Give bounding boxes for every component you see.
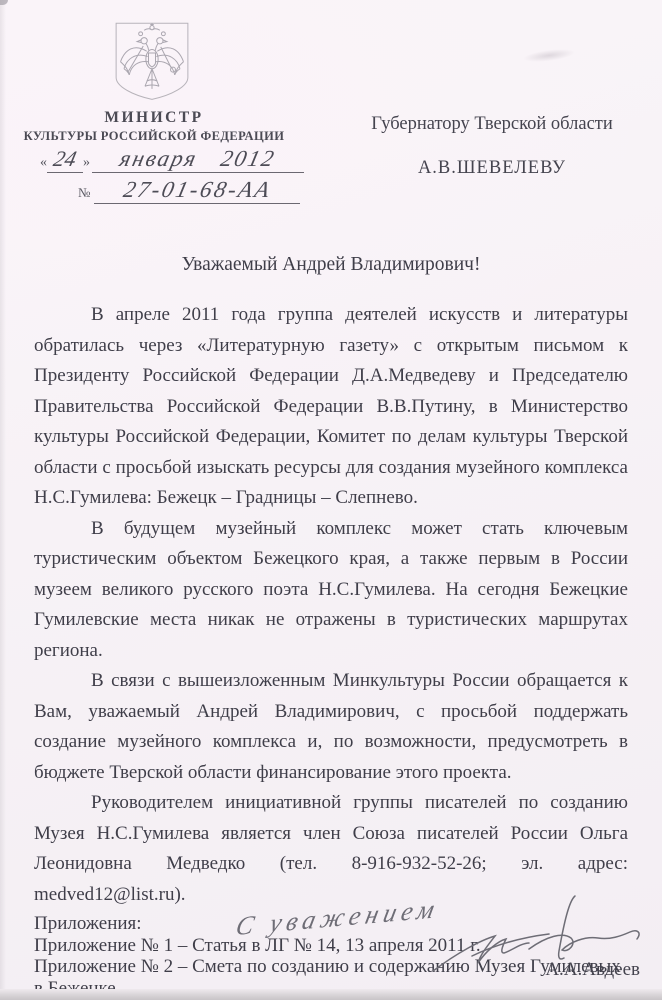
date-line: «24»января 2012 xyxy=(40,146,320,173)
body-paragraph-2: В будущем музейный комплекс может стать … xyxy=(34,514,628,667)
date-open-quote: « xyxy=(40,155,47,170)
addressee-block: Губернатору Тверской области А.В.ШЕВЕЛЕВ… xyxy=(358,114,626,179)
ref-number-label: № xyxy=(78,185,90,200)
scanned-letter: МИНИСТР КУЛЬТУРЫ РОССИЙСКОЙ ФЕДЕРАЦИИ «2… xyxy=(0,0,662,1000)
russian-coat-of-arms-icon xyxy=(108,18,196,102)
scan-smudge xyxy=(523,47,576,64)
scan-left-edge xyxy=(0,0,6,1000)
ministry-title-line1: МИНИСТР xyxy=(4,109,304,127)
handwritten-date-day: 24 xyxy=(51,146,79,172)
handwritten-ref-number: 27-01-68-АА xyxy=(121,177,275,203)
handwritten-date-month-year: января 2012 xyxy=(117,146,278,172)
scan-bottom-edge xyxy=(0,989,662,1000)
letterhead: МИНИСТР КУЛЬТУРЫ РОССИЙСКОЙ ФЕДЕРАЦИИ xyxy=(4,109,304,144)
reference-number-line: №27-01-68-АА xyxy=(78,177,300,204)
addressee-position: Губернатору Тверской области xyxy=(358,114,626,135)
addressee-name: А.В.ШЕВЕЛЕВУ xyxy=(358,158,626,179)
date-close-quote: » xyxy=(83,155,90,170)
signature-name: А.А.Авдеев xyxy=(500,959,640,981)
body-paragraph-3: В связи с вышеизложенным Минкультуры Рос… xyxy=(34,666,628,788)
ministry-title-line2: КУЛЬТУРЫ РОССИЙСКОЙ ФЕДЕРАЦИИ xyxy=(4,129,304,144)
salutation: Уважаемый Андрей Владимирович! xyxy=(0,254,662,276)
body-paragraph-1: В апреле 2011 года группа деятелей искус… xyxy=(34,300,628,514)
body-paragraph-4: Руководителем инициативной группы писате… xyxy=(34,788,628,910)
